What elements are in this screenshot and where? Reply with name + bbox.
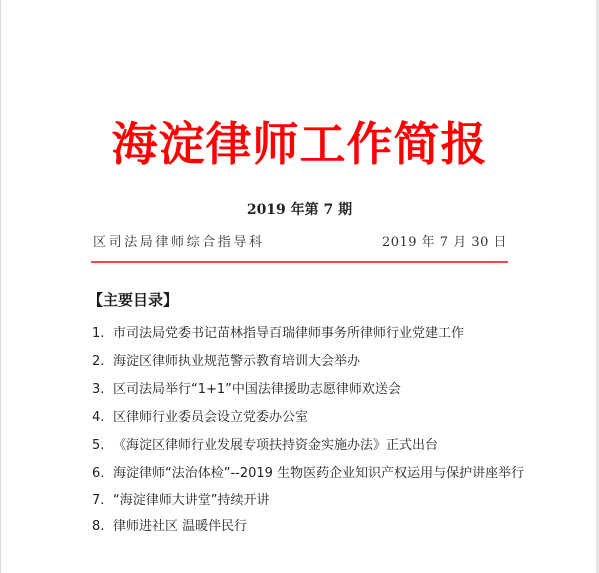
toc-item-text: 市司法局党委书记苗林指导百瑞律师事务所律师行业党建工作: [113, 320, 532, 348]
toc-item-text: 区律师行业委员会设立党委办公室: [113, 404, 532, 432]
issue-number: 2019 年第 7 期: [0, 200, 599, 220]
toc-item-text: “海淀律师大讲堂”持续开讲: [113, 488, 532, 514]
toc-item[interactable]: 2. 海淀区律师执业规范警示教育培训大会举办: [92, 348, 532, 376]
toc-item-number: 7.: [92, 488, 113, 514]
newsletter-title: 海淀律师工作简报: [0, 114, 599, 174]
toc-item-number: 6.: [92, 460, 113, 488]
toc-item-number: 4.: [92, 404, 113, 432]
publish-date: 2019 年 7 月 30 日: [382, 233, 507, 253]
toc-item-number: 1.: [92, 320, 113, 348]
toc-item[interactable]: 1. 市司法局党委书记苗林指导百瑞律师事务所律师行业党建工作: [92, 320, 532, 348]
toc-item-number: 5.: [92, 432, 113, 460]
toc-item-text: 海淀区律师执业规范警示教育培训大会举办: [113, 348, 532, 376]
page-edge-left: [0, 0, 1, 573]
toc-item[interactable]: 7. “海淀律师大讲堂”持续开讲: [92, 488, 532, 514]
toc-item[interactable]: 3. 区司法局举行“1+1”中国法律援助志愿律师欢送会: [92, 376, 532, 404]
toc-item-text: 区司法局举行“1+1”中国法律援助志愿律师欢送会: [113, 376, 532, 404]
toc-item-text: 《海淀区律师行业发展专项扶持资金实施办法》正式出台: [113, 432, 532, 460]
toc-item-number: 8.: [92, 514, 113, 540]
red-divider: [91, 261, 508, 263]
toc-item[interactable]: 5. 《海淀区律师行业发展专项扶持资金实施办法》正式出台: [92, 432, 532, 460]
toc-item[interactable]: 4. 区律师行业委员会设立党委办公室: [92, 404, 532, 432]
toc-heading: 【主要目录】: [88, 290, 178, 310]
toc-item[interactable]: 8. 律师进社区 温暖伴民行: [92, 514, 532, 540]
toc-item-number: 3.: [92, 376, 113, 404]
table-of-contents: 1. 市司法局党委书记苗林指导百瑞律师事务所律师行业党建工作 2. 海淀区律师执…: [92, 320, 532, 540]
toc-item-text: 海淀律师“法治体检”--2019 生物医药企业知识产权运用与保护讲座举行: [113, 460, 532, 488]
toc-item-text: 律师进社区 温暖伴民行: [113, 514, 532, 540]
toc-item[interactable]: 6. 海淀律师“法治体检”--2019 生物医药企业知识产权运用与保护讲座举行: [92, 460, 532, 488]
department-label: 区司法局律师综合指导科: [93, 233, 265, 253]
masthead-meta: 区司法局律师综合指导科 2019 年 7 月 30 日: [93, 233, 507, 253]
toc-item-number: 2.: [92, 348, 113, 376]
